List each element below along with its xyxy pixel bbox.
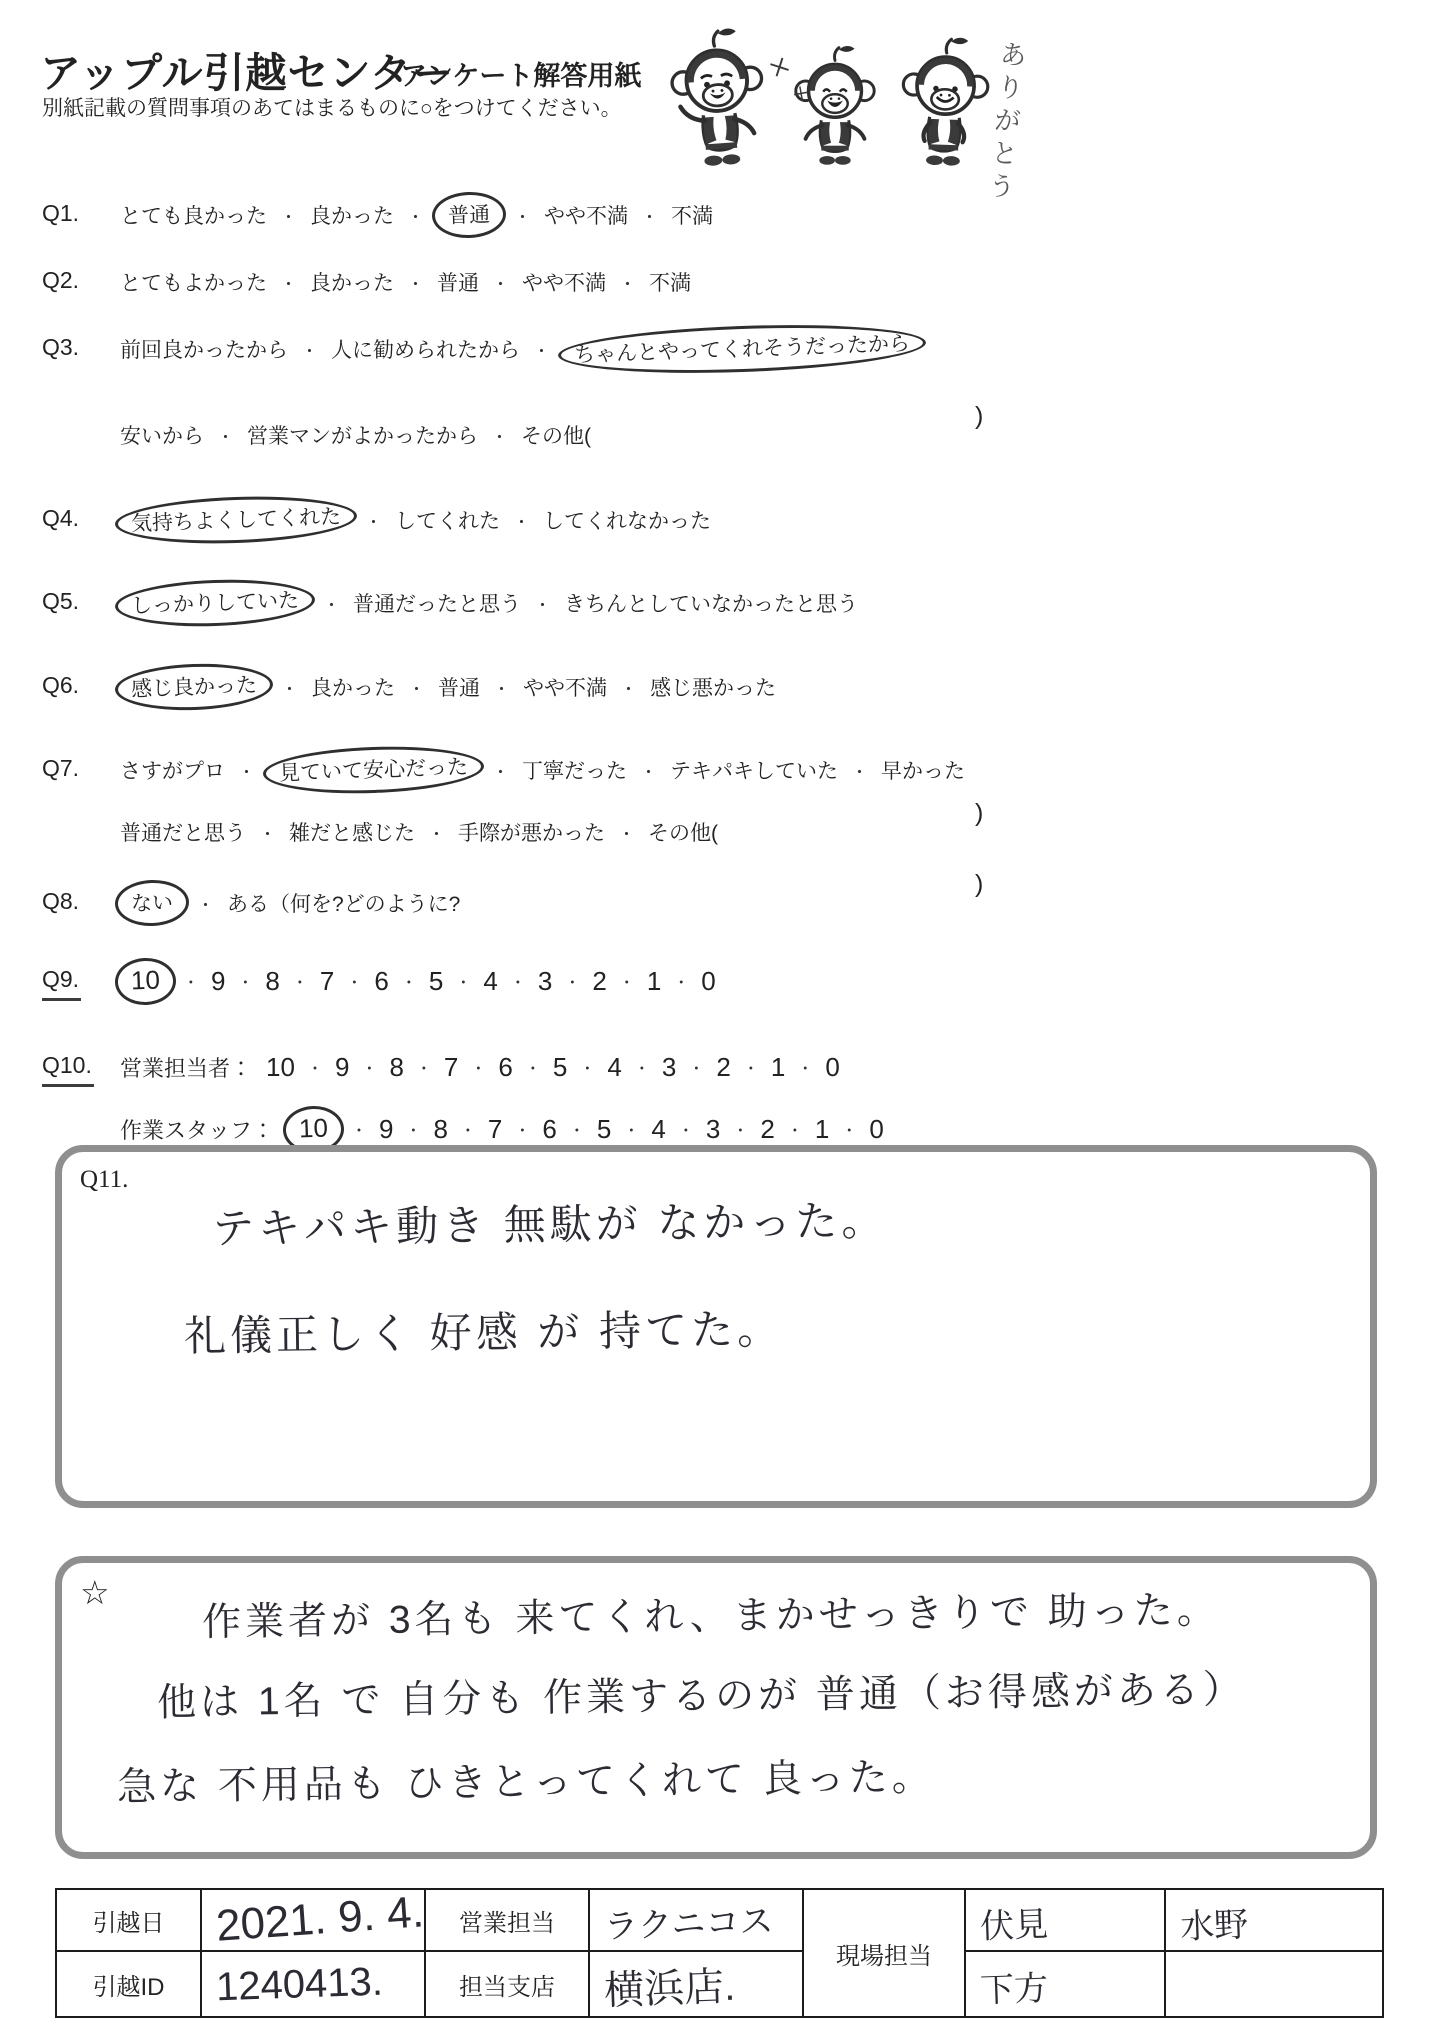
option: してくれた <box>395 505 500 535</box>
separator-dot: ・ <box>301 337 318 362</box>
footer-table: 引越日 2021. 9. 4. 営業担当 ラクニコス 現場担当 伏見 水野 引越… <box>55 1888 1384 2018</box>
option-circled: 10 <box>114 957 177 1006</box>
option: 9 <box>335 1052 349 1083</box>
option: 普通 <box>437 267 479 297</box>
option: その他( <box>521 420 591 450</box>
separator-dot: ・ <box>619 970 635 993</box>
field-staff-2: 水野 <box>1165 1892 1383 1949</box>
question-options-row: 感じ良かった・良かった・普通・やや不満・感じ悪かった <box>120 672 776 702</box>
question-options-row: 10・9・8・7・6・5・4・3・2・1・0 <box>120 966 716 997</box>
separator-dot: ・ <box>455 970 471 993</box>
question-options-row: さすがプロ・見ていて安心だった・丁寧だった・テキパキしていた・早かった <box>120 755 965 785</box>
separator-dot: ・ <box>579 1056 595 1079</box>
field-staff-4 <box>1166 1980 1382 1988</box>
option: 3 <box>706 1114 720 1145</box>
option: 7 <box>488 1114 502 1145</box>
question-label: Q8. <box>42 888 79 915</box>
separator-dot: ・ <box>514 1118 530 1141</box>
separator-dot: ・ <box>514 203 531 228</box>
separator-dot: ・ <box>732 1118 748 1141</box>
comment-box-q11: Q11. テキパキ動き 無駄が なかった。礼儀正しく 好感 が 持てた。 <box>55 1145 1377 1508</box>
separator-dot: ・ <box>197 891 214 916</box>
separator-dot: ・ <box>618 820 635 845</box>
close-paren: ) <box>975 870 983 899</box>
option: 4 <box>651 1114 665 1145</box>
question-label: Q10. <box>42 1052 94 1087</box>
option: 7 <box>444 1052 458 1083</box>
separator-dot: ・ <box>797 1056 813 1079</box>
separator-dot: ・ <box>513 508 530 533</box>
separator-dot: ・ <box>534 591 551 616</box>
option: 5 <box>553 1052 567 1083</box>
separator-dot: ・ <box>280 203 297 228</box>
box-label: Q11. <box>80 1166 128 1194</box>
option: やや不満 <box>523 672 607 702</box>
option-circled: 感じ良かった <box>114 661 274 712</box>
separator-dot: ・ <box>460 1118 476 1141</box>
option: 6 <box>498 1052 512 1083</box>
option: 10 <box>266 1052 295 1083</box>
separator-dot: ・ <box>346 970 362 993</box>
option: 良かった <box>310 200 394 230</box>
handwritten-line: 作業者が 3名も 来てくれ、まかせっきりで 助った。 <box>202 1579 1220 1647</box>
separator-dot: ・ <box>428 820 445 845</box>
option-circled: 気持ちよくしてくれた <box>114 493 357 547</box>
question-label: Q9. <box>42 966 81 1001</box>
question-options-row: 前回良かったから・人に勧められたから・ちゃんとやってくれそうだったから <box>120 334 921 364</box>
separator-dot: ・ <box>743 1056 759 1079</box>
option: 2 <box>716 1052 730 1083</box>
question-options-row: 安いから・営業マンがよかったから・その他( <box>120 420 591 450</box>
option: やや不満 <box>544 200 628 230</box>
option: 丁寧だった <box>522 755 627 785</box>
option: その他( <box>648 817 718 847</box>
row-prefix: 営業担当者： <box>120 1052 252 1083</box>
option: 7 <box>320 966 334 997</box>
question-options-row: 普通だと思う・雑だと感じた・手際が悪かった・その他( <box>120 817 718 847</box>
question-label: Q5. <box>42 588 79 615</box>
move-date-value: 2021. 9. 4. <box>201 1887 426 1952</box>
question-options-row: とても良かった・良かった・普通・やや不満・不満 <box>120 200 713 230</box>
option: 9 <box>211 966 225 997</box>
separator-dot: ・ <box>401 970 417 993</box>
question-label: Q6. <box>42 672 79 699</box>
separator-dot: ・ <box>238 758 255 783</box>
separator-dot: ・ <box>407 270 424 295</box>
option: 4 <box>483 966 497 997</box>
row-prefix: 作業スタッフ： <box>120 1114 274 1145</box>
separator-dot: ・ <box>623 1118 639 1141</box>
option: 良かった <box>311 672 395 702</box>
handwritten-line: 礼儀正しく 好感 が 持てた。 <box>184 1296 784 1363</box>
separator-dot: ・ <box>620 675 637 700</box>
separator-dot: ・ <box>525 1056 541 1079</box>
option: 8 <box>389 1052 403 1083</box>
instruction-text: 別紙記載の質問事項のあてはまるものに○をつけてください。 <box>42 92 622 122</box>
option: 5 <box>429 966 443 997</box>
option-circled: 普通 <box>431 191 507 240</box>
move-id-label: 引越ID <box>56 1951 201 2017</box>
option: 0 <box>701 966 715 997</box>
separator-dot: ・ <box>416 1056 432 1079</box>
question-label: Q7. <box>42 755 79 782</box>
question-options-row: とてもよかった・良かった・普通・やや不満・不満 <box>120 267 691 297</box>
separator-dot: ・ <box>183 970 199 993</box>
separator-dot: ・ <box>280 270 297 295</box>
option: 1 <box>815 1114 829 1145</box>
separator-dot: ・ <box>569 1118 585 1141</box>
separator-dot: ・ <box>678 1118 694 1141</box>
separator-dot: ・ <box>533 337 550 362</box>
option: 早かった <box>881 755 965 785</box>
option: 普通だったと思う <box>353 588 521 618</box>
option: 1 <box>647 966 661 997</box>
separator-dot: ・ <box>281 675 298 700</box>
monkey-mascot-icon <box>657 24 778 171</box>
option: 8 <box>433 1114 447 1145</box>
separator-dot: ・ <box>365 508 382 533</box>
form-title: アンケート解答用紙 <box>400 54 641 93</box>
option: 手際が悪かった <box>458 817 605 847</box>
option: さすがプロ <box>120 755 225 785</box>
option: 人に勧められたから <box>331 334 520 364</box>
separator-dot: ・ <box>619 270 636 295</box>
sales-value: ラクニコス <box>589 1892 803 1948</box>
handwritten-line: テキパキ動き 無駄が なかった。 <box>212 1188 888 1256</box>
option: やや不満 <box>522 267 606 297</box>
option: 良かった <box>310 267 394 297</box>
option: ある（何を?どのように? <box>227 888 460 918</box>
option: 2 <box>592 966 606 997</box>
separator-dot: ・ <box>787 1118 803 1141</box>
option: 5 <box>597 1114 611 1145</box>
handwritten-line: 急な 不用品も ひきとってくれて 良った。 <box>117 1746 935 1812</box>
separator-dot: ・ <box>491 423 508 448</box>
separator-dot: ・ <box>641 203 658 228</box>
field-staff-1: 伏見 <box>965 1892 1165 1948</box>
question-options-row: ない・ある（何を?どのように? <box>120 888 460 918</box>
separator-dot: ・ <box>351 1118 367 1141</box>
separator-dot: ・ <box>492 758 509 783</box>
handwritten-line: 他は 1名 で 自分も 作業するのが 普通（お得感がある） <box>157 1658 1246 1727</box>
option: テキパキしていた <box>670 755 838 785</box>
option: 3 <box>662 1052 676 1083</box>
option: 8 <box>265 966 279 997</box>
separator-dot: ・ <box>493 675 510 700</box>
option: してくれなかった <box>543 505 711 535</box>
close-paren: ) <box>975 799 983 828</box>
separator-dot: ・ <box>292 970 308 993</box>
option: 0 <box>869 1114 883 1145</box>
question-label: Q2. <box>42 267 79 294</box>
separator-dot: ・ <box>851 758 868 783</box>
star-label: ☆ <box>80 1573 110 1612</box>
move-date-label: 引越日 <box>56 1889 201 1951</box>
option: 6 <box>542 1114 556 1145</box>
option: きちんとしていなかったと思う <box>564 588 858 618</box>
separator-dot: ・ <box>323 591 340 616</box>
question-label: Q4. <box>42 505 79 532</box>
branch-value: 横浜店. <box>589 1952 803 2016</box>
separator-dot: ・ <box>361 1056 377 1079</box>
brand-title: アップル引越センター <box>40 40 454 99</box>
option: 2 <box>760 1114 774 1145</box>
option: 普通 <box>438 672 480 702</box>
option: 感じ悪かった <box>650 672 776 702</box>
sales-label: 営業担当 <box>425 1889 589 1951</box>
field-staff-3: 下方 <box>965 1956 1165 2012</box>
separator-dot: ・ <box>510 970 526 993</box>
separator-dot: ・ <box>408 675 425 700</box>
separator-dot: ・ <box>405 1118 421 1141</box>
option: 6 <box>374 966 388 997</box>
option-circled: ない <box>114 879 190 928</box>
option: 4 <box>607 1052 621 1083</box>
comment-box-star: ☆ 作業者が 3名も 来てくれ、まかせっきりで 助った。他は 1名 で 自分も … <box>55 1556 1377 1859</box>
separator-dot: ・ <box>640 758 657 783</box>
separator-dot: ・ <box>688 1056 704 1079</box>
field-staff-label: 現場担当 <box>803 1889 965 2017</box>
separator-dot: ・ <box>634 1056 650 1079</box>
option-circled: しっかりしていた <box>114 577 315 630</box>
separator-dot: ・ <box>307 1056 323 1079</box>
separator-dot: ・ <box>259 820 276 845</box>
option: とてもよかった <box>120 267 267 297</box>
question-label: Q3. <box>42 334 79 361</box>
option: 前回良かったから <box>120 334 288 364</box>
question-options-row: 気持ちよくしてくれた・してくれた・してくれなかった <box>120 505 711 535</box>
separator-dot: ・ <box>407 203 424 228</box>
option: 3 <box>538 966 552 997</box>
option: 1 <box>771 1052 785 1083</box>
separator-dot: ・ <box>841 1118 857 1141</box>
separator-dot: ・ <box>237 970 253 993</box>
branch-label: 担当支店 <box>425 1951 589 2017</box>
question-options-row: しっかりしていた・普通だったと思う・きちんとしていなかったと思う <box>120 588 858 618</box>
separator-dot: ・ <box>564 970 580 993</box>
question-label: Q1. <box>42 200 79 227</box>
option: 不満 <box>671 200 713 230</box>
option-circled: 見ていて安心だった <box>262 743 484 797</box>
option: 雑だと感じた <box>289 817 415 847</box>
close-paren: ) <box>975 402 983 431</box>
separator-dot: ・ <box>673 970 689 993</box>
separator-dot: ・ <box>470 1056 486 1079</box>
option-circled: ちゃんとやってくれそうだったから <box>557 320 926 379</box>
option: とても良かった <box>120 200 267 230</box>
move-id-value: 1240413. <box>201 1958 424 2011</box>
option: 営業マンがよかったから <box>247 420 478 450</box>
option: 0 <box>825 1052 839 1083</box>
survey-sheet: アップル引越センター アンケート解答用紙 別紙記載の質問事項のあてはまるものに○… <box>0 0 1433 2023</box>
separator-dot: ・ <box>492 270 509 295</box>
question-options-row: 作業スタッフ：10・9・8・7・6・5・4・3・2・1・0 <box>120 1114 884 1145</box>
option: 普通だと思う <box>120 817 246 847</box>
separator-dot: ・ <box>217 423 234 448</box>
option: 安いから <box>120 420 204 450</box>
option: 不満 <box>649 267 691 297</box>
option: 9 <box>379 1114 393 1145</box>
question-options-row: 営業担当者：10・9・8・7・6・5・4・3・2・1・0 <box>120 1052 840 1083</box>
